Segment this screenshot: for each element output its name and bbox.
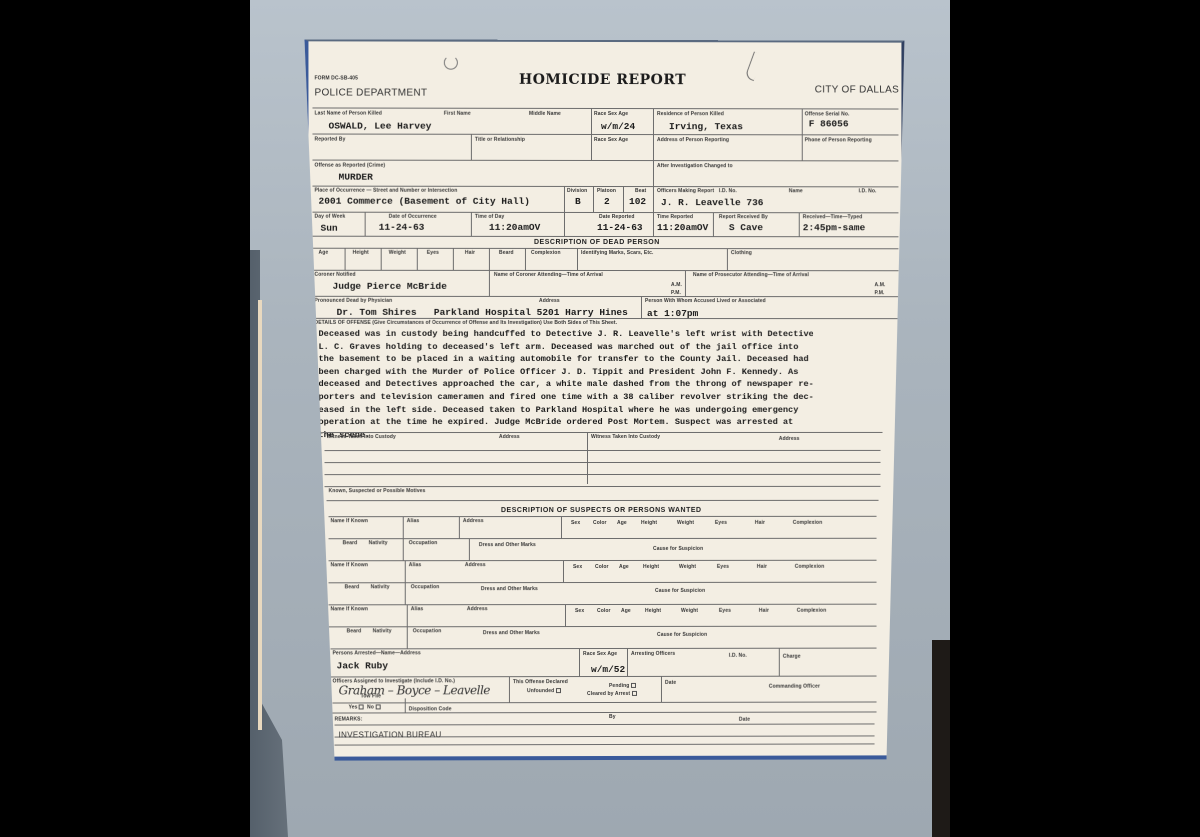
victim-race-sex-age: w/m/24 [601,121,635,132]
unfounded-checkbox[interactable] [556,688,561,693]
arrested-race-sex-age: w/m/52 [591,664,625,675]
received-by: S Cave [729,222,763,233]
homicide-report-form: FORM DC-SB-405 POLICE DEPARTMENT HOMICID… [304,39,904,760]
physician: Dr. Tom Shires [337,307,417,318]
time-of-day: 11:20amOV [489,222,540,233]
received-time-typed: 2:45pm-same [803,222,866,233]
day-of-week: Sun [321,223,338,234]
document-title: HOMICIDE REPORT [519,72,686,88]
date-reported: 11-24-63 [597,222,643,233]
section-dead-person: DESCRIPTION OF DEAD PERSON [534,239,660,246]
coroner-notified: Judge Pierce McBride [333,281,447,292]
tow-file-no-checkbox[interactable] [375,705,380,710]
suspect-block-2: Name If Known Alias Address Sex Color Ag… [308,41,901,42]
mat-edge [258,300,262,730]
department-label: POLICE DEPARTMENT [314,87,427,98]
physician-address: Parkland Hospital 5201 Harry Hines [434,307,628,318]
frame-shadow [932,640,950,837]
pencil-mark [744,51,763,81]
beat: 102 [629,196,646,207]
suspect-block-3: Name If Known Alias Address Sex Color Ag… [308,41,901,42]
date-of-occurrence: 11-24-63 [379,222,425,233]
tow-file-yes-checkbox[interactable] [359,705,364,710]
pencil-mark [444,56,458,70]
place-of-occurrence: 2001 Commerce (Basement of City Hall) [318,196,529,207]
reporting-officer: J. R. Leavelle 736 [661,197,763,208]
division: B [575,196,581,207]
platoon: 2 [604,196,610,207]
victim-name: OSWALD, Lee Harvey [329,121,432,132]
investigation-bureau-label: INVESTIGATION BUREAU [339,730,442,739]
pending-checkbox[interactable] [631,683,636,688]
time-reported: 11:20amOV [657,222,708,233]
cleared-checkbox[interactable] [632,691,637,696]
person-arrested: Jack Ruby [337,660,388,671]
form-number: FORM DC-SB-405 [314,75,358,81]
details-label: DETAILS OF OFFENSE (Give Circumstances o… [314,320,617,326]
section-suspects: DESCRIPTION OF SUSPECTS OR PERSONS WANTE… [501,507,702,514]
city-label: CITY OF DALLAS [815,84,899,95]
offense-crime: MURDER [339,172,373,183]
suspect-block-1: Name If Known Alias Address Sex Color Ag… [308,41,901,42]
details-narrative: Deceased was in custody being handcuffed… [318,328,813,442]
offense-serial-number: F 86056 [809,118,849,129]
victim-residence: Irving, Texas [669,121,743,132]
